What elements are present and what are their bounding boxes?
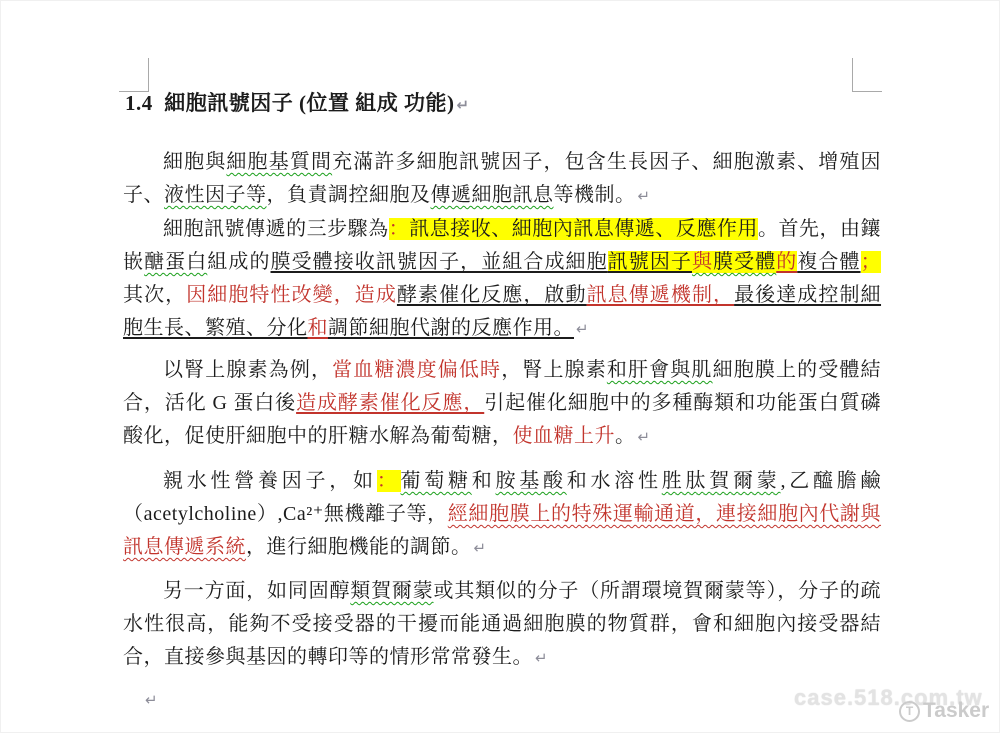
text-run: ；: [861, 251, 882, 273]
text-run: 膜受體接收訊號因子，並組合成細胞: [271, 251, 608, 273]
text-run: ：: [389, 218, 410, 240]
text-run: 和: [308, 317, 329, 339]
text-run: 酵素催化反應，啟動: [397, 284, 587, 306]
paragraph-mark: ↵: [472, 539, 487, 557]
text-run: 等機制。: [554, 184, 636, 206]
text-run: 的: [776, 251, 797, 273]
watermark-brand: T Tasker: [899, 699, 989, 723]
document-body: 1.4 細胞訊號因子 (位置 組成 功能)↵ 細胞與細胞基質間充滿許多細胞訊號因…: [123, 87, 881, 717]
text-run: 以腎上腺素為例，: [163, 359, 332, 381]
paragraph-1: 細胞與細胞基質間充滿許多細胞訊號因子，包含生長因子、細胞激素、增殖因子、液性因子…: [123, 146, 881, 213]
text-run: 使血糖上升: [513, 425, 616, 447]
text-run: 親水性營養因子，如: [163, 470, 377, 492]
paragraph-2: 細胞訊號傳遞的三步驟為：訊息接收、細胞內訊息傳遞、反應作用。首先，由鑲嵌醣蛋白組…: [123, 213, 881, 346]
text-run: 另一方面，如同固醇: [163, 580, 350, 602]
text-run: 細胞訊號傳遞的三步驟為: [163, 218, 389, 240]
text-run: ：: [377, 470, 401, 492]
text-run: 類賀爾蒙: [350, 580, 433, 602]
text-run: 。: [615, 425, 636, 447]
text-run: ，負責調控細胞及: [267, 184, 431, 206]
text-run: 和: [472, 470, 496, 492]
text-run: 組成的: [207, 251, 270, 273]
empty-paragraph-mark: ↵: [123, 683, 881, 717]
paragraph-mark: ↵: [533, 649, 548, 667]
text-run: 和水溶性: [567, 470, 662, 492]
paragraph-mark: ↵: [636, 187, 651, 205]
text-run: 和肝會與肌: [607, 359, 713, 381]
paragraph-mark: ↵: [143, 691, 158, 709]
text-run: 細胞基質間: [226, 151, 332, 173]
text-run: 複合體: [797, 251, 860, 273]
text-run: ，腎上腺素: [501, 359, 607, 381]
text-run: 醣蛋白: [144, 251, 207, 273]
text-run: 胜肽賀爾蒙: [662, 470, 781, 492]
text-run: 1.4 細胞訊號因子 (位置 組成 功能): [125, 91, 455, 115]
paragraph-4: 親水性營養因子，如：葡萄糖和胺基酸和水溶性胜肽賀爾蒙,乙醯膽鹼（acetylch…: [123, 465, 881, 565]
paragraph-3: 以腎上腺素為例，當血糖濃度偏低時，腎上腺素和肝會與肌細胞膜上的受體結合，活化 G…: [123, 354, 881, 454]
text-run: 細胞與: [163, 151, 226, 173]
document-page: 1.4 細胞訊號因子 (位置 組成 功能)↵ 細胞與細胞基質間充滿許多細胞訊號因…: [0, 0, 1000, 733]
text-run: 因細胞特性改變，造成: [186, 284, 397, 306]
section-title: 1.4 細胞訊號因子 (位置 組成 功能)↵: [125, 87, 881, 122]
paragraph-mark: ↵: [636, 428, 651, 446]
text-run: 傳遞細胞訊息: [431, 184, 554, 206]
text-run: 膜受體: [713, 251, 776, 273]
text-run: 訊息傳遞機制，: [587, 284, 735, 306]
text-run: 胺基酸: [496, 470, 567, 492]
tasker-logo-icon: T: [899, 701, 920, 722]
paragraph-mark: ↵: [455, 96, 470, 114]
text-run: 當血糖濃度偏低時: [332, 359, 501, 381]
text-run: 與: [692, 251, 713, 273]
text-run: 訊號因子: [608, 251, 692, 273]
text-run: 液性因子等: [164, 184, 267, 206]
text-run: ，進行細胞機能的調節。: [246, 536, 472, 558]
text-run: 葡萄糖: [401, 470, 472, 492]
text-run: 其次，: [123, 284, 186, 306]
paragraph-mark: ↵: [574, 320, 589, 338]
paragraph-5: 另一方面，如同固醇類賀爾蒙或其類似的分子（所謂環境賀爾蒙等），分子的疏水性很高，…: [123, 575, 881, 675]
text-run: 調節細胞代謝的反應作用。: [328, 317, 574, 339]
text-run: 訊息接收、細胞內訊息傳遞、反應作用: [409, 218, 758, 240]
watermark-brand-text: Tasker: [923, 699, 989, 723]
text-run: 造成酵素催化反應，: [296, 392, 484, 414]
